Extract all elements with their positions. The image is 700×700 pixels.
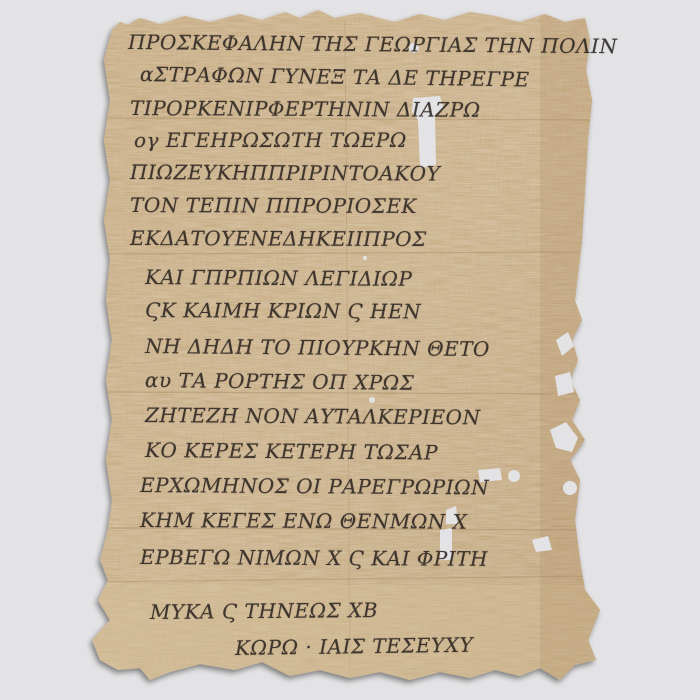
photo-stage: ΠΡΟΣΚΕΦΑΛΗΝ ΤΗΣ ΓΕΩΡΓΙΑΣ ΤΗΝ ΠΟΛΙΝαΣΤΡΑΦ…	[0, 0, 700, 700]
papyrus-fragment	[0, 0, 700, 700]
